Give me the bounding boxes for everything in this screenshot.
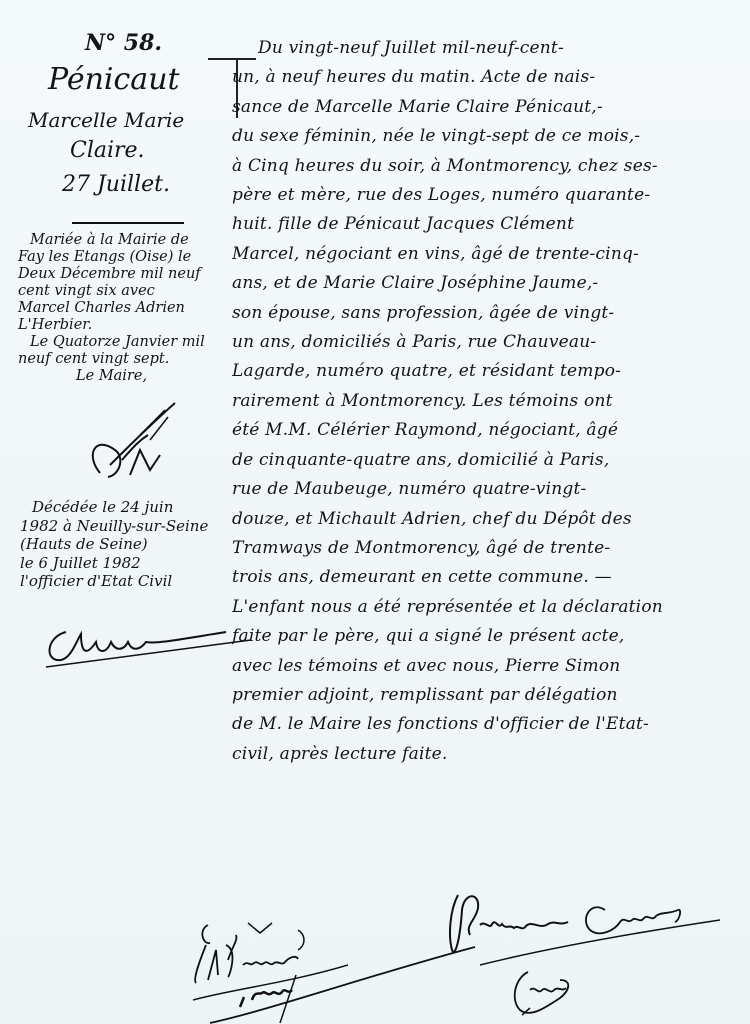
body-line: un ans, domiciliés à Paris, rue Chauveau… bbox=[232, 328, 747, 357]
surname: Pénicaut bbox=[48, 62, 180, 97]
body-line: rairement à Montmorency. Les témoins ont bbox=[232, 387, 747, 416]
body-line: Lagarde, numéro quatre, et résidant temp… bbox=[232, 357, 747, 386]
register-page: N° 58. Pénicaut Marcelle Marie Claire. 2… bbox=[0, 0, 750, 1024]
death-line: (Hauts de Seine) bbox=[20, 535, 240, 554]
body-line: rue de Maubeuge, numéro quatre-vingt- bbox=[232, 475, 747, 504]
body-line: père et mère, rue des Loges, numéro quar… bbox=[232, 181, 747, 210]
officer-signature-icon bbox=[36, 612, 256, 672]
marriage-line: Mariée à la Mairie de bbox=[18, 232, 236, 249]
given-names-line2: Claire. bbox=[70, 138, 145, 163]
body-line: faite par le père, qui a signé le présen… bbox=[232, 622, 747, 651]
marriage-line: Deux Décembre mil neuf bbox=[18, 266, 236, 283]
body-line: Marcel, négociant en vins, âgé de trente… bbox=[232, 240, 747, 269]
mayor-signature-icon bbox=[80, 395, 190, 505]
body-line: sance de Marcelle Marie Claire Pénicaut,… bbox=[232, 93, 747, 122]
body-line: son épouse, sans profession, âgée de vin… bbox=[232, 299, 747, 328]
birth-record-text: Du vingt-neuf Juillet mil-neuf-cent- un,… bbox=[232, 34, 747, 769]
body-line: du sexe féminin, née le vingt-sept de ce… bbox=[232, 122, 747, 151]
death-annotation: Décédée le 24 juin 1982 à Neuilly-sur-Se… bbox=[20, 498, 240, 591]
marriage-line: L'Herbier. bbox=[18, 317, 236, 334]
body-line: un, à neuf heures du matin. Acte de nais… bbox=[232, 63, 747, 92]
simon-signature-icon bbox=[500, 960, 580, 1020]
celerier-signature-icon bbox=[420, 880, 740, 970]
body-line: civil, après lecture faite. bbox=[232, 740, 747, 769]
death-line: Décédée le 24 juin bbox=[20, 498, 240, 517]
body-line: avec les témoins et avec nous, Pierre Si… bbox=[232, 652, 747, 681]
given-names-line1: Marcelle Marie bbox=[28, 108, 184, 132]
body-line: L'enfant nous a été représentée et la dé… bbox=[232, 593, 747, 622]
body-line: à Cinq heures du soir, à Montmorency, ch… bbox=[232, 152, 747, 181]
marriage-line: neuf cent vingt sept. bbox=[18, 351, 236, 368]
death-line: 1982 à Neuilly-sur-Seine bbox=[20, 517, 240, 536]
marriage-line: cent vingt six avec bbox=[18, 283, 236, 300]
death-line: l'officier d'Etat Civil bbox=[20, 572, 240, 591]
body-line: été M.M. Célérier Raymond, négociant, âg… bbox=[232, 416, 747, 445]
body-line: trois ans, demeurant en cette commune. — bbox=[232, 563, 747, 592]
marriage-line: Le Maire, bbox=[18, 368, 236, 385]
marriage-line: Le Quatorze Janvier mil bbox=[18, 334, 236, 351]
body-line: de cinquante-quatre ans, domicilié à Par… bbox=[232, 446, 747, 475]
body-line: douze, et Michault Adrien, chef du Dépôt… bbox=[232, 505, 747, 534]
body-line: Tramways de Montmorency, âgé de trente- bbox=[232, 534, 747, 563]
acte-number: N° 58. bbox=[85, 30, 162, 56]
body-line: Du vingt-neuf Juillet mil-neuf-cent- bbox=[232, 34, 747, 63]
marriage-line: Marcel Charles Adrien bbox=[18, 300, 236, 317]
body-line: premier adjoint, remplissant par délégat… bbox=[232, 681, 747, 710]
body-line: huit. fille de Pénicaut Jacques Clément bbox=[232, 210, 747, 239]
death-line: le 6 Juillet 1982 bbox=[20, 554, 240, 573]
body-line: de M. le Maire les fonctions d'officier … bbox=[232, 710, 747, 739]
birth-date: 27 Juillet. bbox=[62, 172, 170, 197]
margin-divider bbox=[72, 222, 184, 224]
marriage-annotation: Mariée à la Mairie de Fay les Etangs (Oi… bbox=[18, 232, 236, 385]
marriage-line: Fay les Etangs (Oise) le bbox=[18, 249, 236, 266]
body-line: ans, et de Marie Claire Joséphine Jaume,… bbox=[232, 269, 747, 298]
